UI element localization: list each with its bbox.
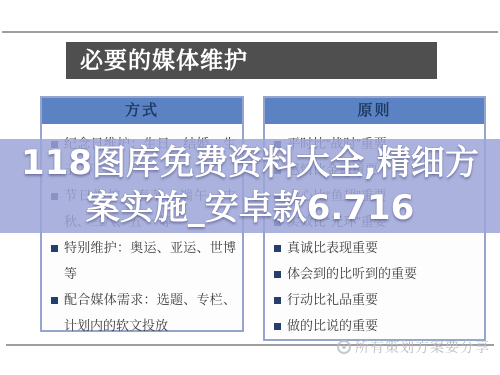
slide-page: 必要的媒体维护 方式 纪念日维护：生日、结婚、生子 等 节日维护：春节、端午、中… (0, 0, 500, 375)
watermark-line-2: 案实施_安卓款6.716 (0, 186, 500, 231)
top-divider-line (2, 31, 498, 33)
list-item: 配合媒体需求：选题、专栏、计划内的软文投放 (51, 287, 236, 339)
list-item: 体会到的比听到的重要 (274, 261, 478, 287)
principles-panel-header: 原则 (265, 98, 484, 126)
methods-panel-header: 方式 (42, 98, 242, 126)
page-title: 必要的媒体维护 (66, 42, 437, 79)
list-item: 特别维护：奥运、亚运、世博 等 (51, 235, 236, 287)
watermark-line-1: 118图库免费资料大全,精细方 (0, 141, 500, 186)
circle-logo-icon (337, 340, 351, 354)
watermark-text: 118图库免费资料大全,精细方 案实施_安卓款6.716 (0, 139, 500, 231)
footer-watermark-text: 所有策划方案要分享 (355, 337, 490, 357)
footer-watermark: 所有策划方案要分享 (337, 337, 490, 357)
list-item: 做的比说的重要 (274, 313, 478, 339)
list-item: 行动比礼品重要 (274, 287, 478, 313)
list-item: 真诚比表现重要 (274, 235, 478, 261)
